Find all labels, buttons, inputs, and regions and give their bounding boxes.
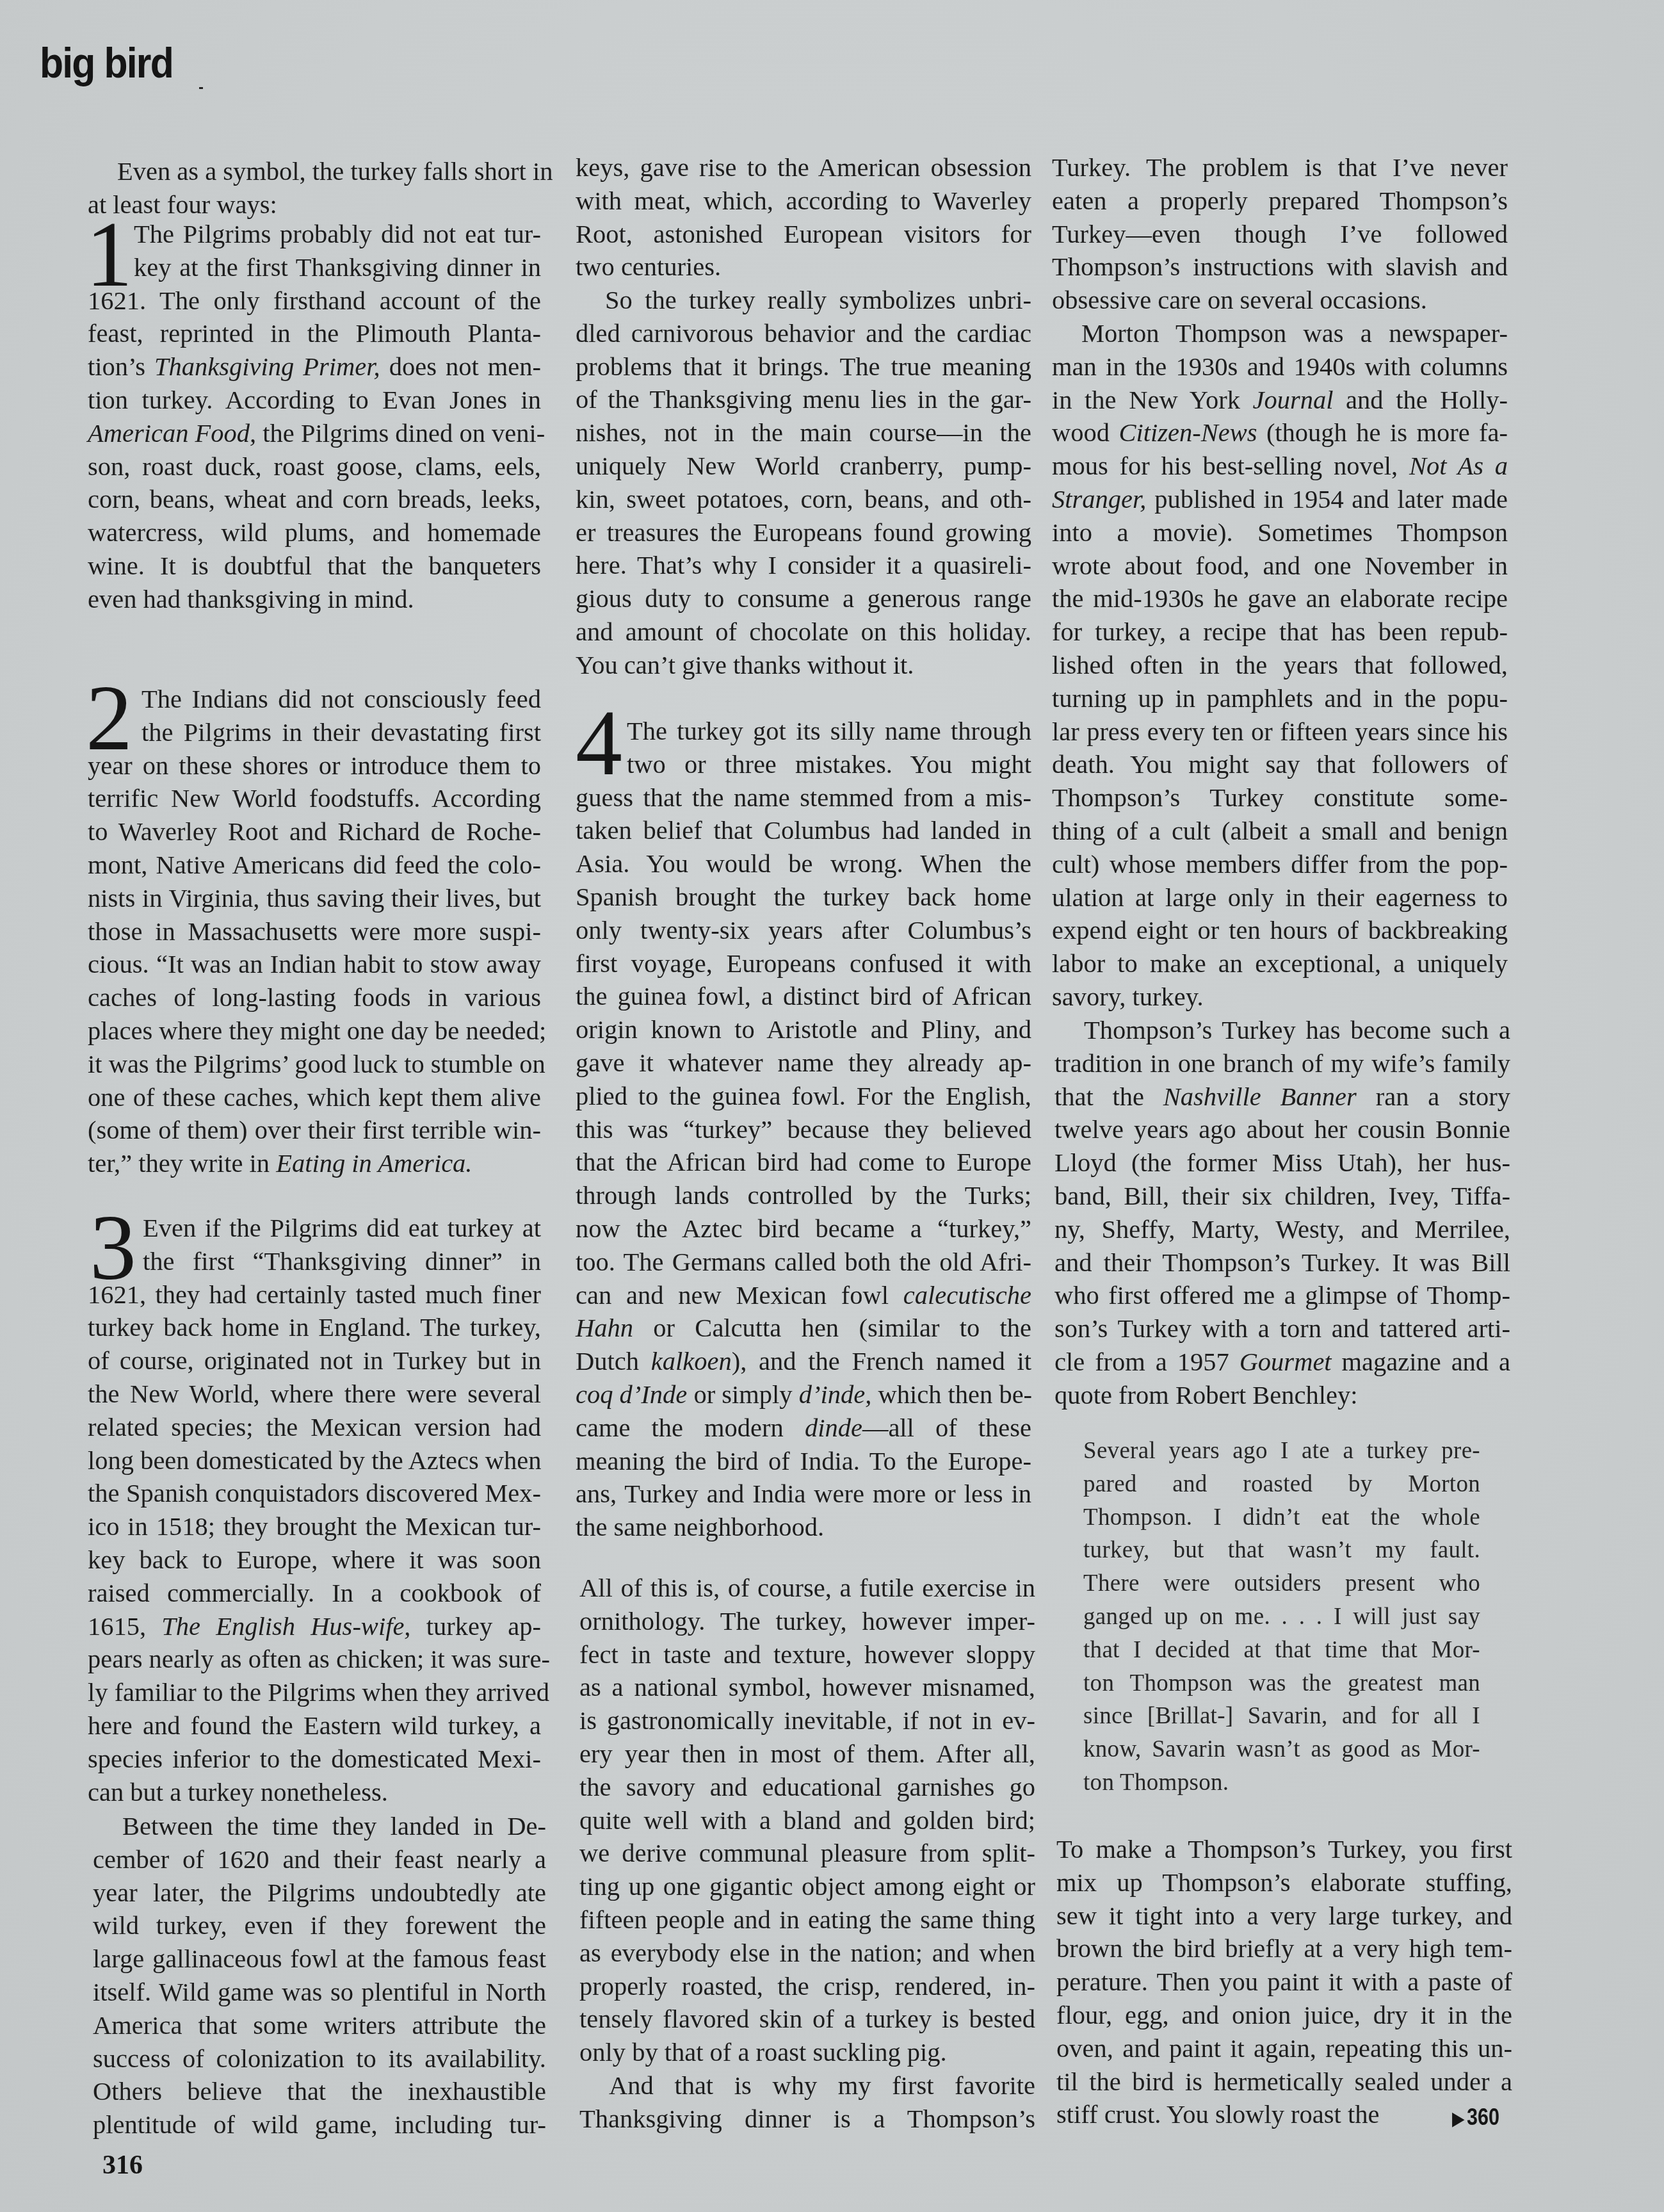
text-line: ico in 1518; they brought the Mexican tu… — [88, 1510, 541, 1543]
text-line: cember of 1620 and their feast nearly a — [93, 1843, 546, 1876]
between-paragraph: Between the time they landed in De-cembe… — [93, 1810, 546, 2142]
text-line: savory, turkey. — [1052, 980, 1508, 1014]
text-line: here. That’s why I consider it a quasire… — [576, 549, 1031, 582]
text-line: Spanish brought the turkey back home — [576, 881, 1031, 914]
text-line: the same neighborhood. — [576, 1511, 1031, 1544]
favorite-paragraph: And that is why my first favoriteThanksg… — [579, 2069, 1035, 2136]
text-line: There were outsiders present who — [1083, 1567, 1480, 1600]
continued-on-page[interactable]: ▶360 — [1452, 2101, 1499, 2136]
text-line: the savory and educational garnishes go — [579, 1771, 1035, 1804]
text-line: Even as a symbol, the turkey falls short… — [88, 155, 541, 188]
text-line: flour, egg, and onion juice, dry it in t… — [1056, 1999, 1512, 2032]
text-line: ton Thompson. — [1083, 1766, 1480, 1800]
text-line: of course, originated not in Turkey but … — [88, 1344, 541, 1378]
text-line: properly roasted, the crisp, rendered, i… — [579, 1970, 1035, 2003]
text-line: is gastronomically inevitable, if not in… — [579, 1704, 1035, 1737]
text-line: since [Brillat-] Savarin, and for all I — [1083, 1700, 1480, 1733]
text-line: wild turkey, even if they forewent the — [93, 1909, 546, 1942]
text-line: feast, reprinted in the Plimouth Planta- — [88, 317, 541, 350]
text-line: year on these shores or introduce them t… — [88, 749, 541, 783]
text-line: through lands controlled by the Turks; — [576, 1179, 1031, 1212]
text-line: American Food, the Pilgrims dined on ven… — [88, 417, 541, 450]
text-line: species inferior to the domesticated Mex… — [88, 1743, 541, 1776]
text-line: keys, gave rise to the American obsessio… — [576, 151, 1031, 184]
futile-paragraph: All of this is, of course, a futile exer… — [579, 1572, 1035, 2069]
continued-page-number: 360 — [1467, 2104, 1499, 2130]
text-line: the guinea fowl, a distinct bird of Afri… — [576, 980, 1031, 1013]
text-line: long been domesticated by the Aztecs whe… — [88, 1444, 541, 1477]
text-line: ly familiar to the Pilgrims when they ar… — [88, 1676, 541, 1709]
text-line: year later, the Pilgrims undoubtedly ate — [93, 1876, 546, 1910]
text-line: Even if the Pilgrims did eat turkey at — [88, 1212, 541, 1245]
text-line: plentitude of wild game, including tur- — [93, 2108, 546, 2142]
tradition-paragraph: Thompson’s Turkey has become such atradi… — [1054, 1014, 1510, 1412]
text-line: key back to Europe, where it was soon — [88, 1543, 541, 1577]
text-line: only by that of a roast suckling pig. — [579, 2036, 1035, 2069]
text-line: cult) whose members differ from the pop- — [1052, 848, 1508, 881]
text-line: (some of them) over their first terrible… — [88, 1114, 541, 1147]
text-line: wood Citizen-News (though he is more fa- — [1052, 416, 1508, 450]
text-line: So the turkey really symbolizes unbri- — [576, 284, 1031, 317]
text-line: Turkey. The problem is that I’ve never — [1052, 151, 1508, 184]
page-number: 316 — [102, 2149, 143, 2181]
text-line: ornithology. The turkey, however imper- — [579, 1605, 1035, 1638]
text-line: corn, beans, wheat and corn breads, leek… — [88, 483, 541, 516]
text-line: perature. Then you paint it with a paste… — [1056, 1965, 1512, 1999]
text-line: You can’t give thanks without it. — [576, 649, 1031, 682]
text-line: lar press every ten or fifteen years sin… — [1052, 715, 1508, 749]
text-line: til the bird is hermetically sealed unde… — [1056, 2065, 1512, 2099]
text-line: coq d’Inde or simply d’inde, which then … — [576, 1378, 1031, 1411]
text-line: meaning the bird of India. To the Europe… — [576, 1445, 1031, 1478]
text-line: mix up Thompson’s elaborate stuffing, — [1056, 1866, 1512, 1899]
text-line: this was “turkey” because they believed — [576, 1113, 1031, 1146]
text-line: now the Aztec bird became a “turkey,” — [576, 1212, 1031, 1246]
text-line: The turkey got its silly name through — [576, 715, 1031, 748]
text-line: band, Bill, their six children, Ivey, Ti… — [1054, 1180, 1510, 1213]
text-line: nists in Virginia, thus saving their liv… — [88, 882, 541, 915]
text-line: Thompson’s Turkey has become such a — [1054, 1014, 1510, 1047]
text-line: Between the time they landed in De- — [93, 1810, 546, 1843]
text-line: Dutch kalkoen), and the French named it — [576, 1345, 1031, 1378]
text-line: we derive communal pleasure from split- — [579, 1837, 1035, 1870]
text-line: plied to the guinea fowl. For the Englis… — [576, 1080, 1031, 1113]
text-line: gious duty to consume a generous range — [576, 582, 1031, 615]
text-line: dled carnivorous behavior and the cardia… — [576, 317, 1031, 350]
text-line: too. The Germans called both the old Afr… — [576, 1246, 1031, 1279]
text-line: The Indians did not consciously feed — [88, 683, 541, 716]
text-line: guess that the name stemmed from a mis- — [576, 781, 1031, 815]
text-line: cious. “It was an Indian habit to stow a… — [88, 948, 541, 981]
text-line: to Waverley Root and Richard de Roche- — [88, 815, 541, 849]
text-line: death. You might say that followers of — [1052, 748, 1508, 781]
text-line: of the Thanksgiving menu lies in the gar… — [576, 383, 1031, 416]
text-line: cle from a 1957 Gourmet magazine and a — [1054, 1346, 1510, 1379]
text-line: caches of long-lasting foods in various — [88, 981, 541, 1014]
text-line: America that some writers attribute the — [93, 2009, 546, 2042]
text-line: the mid-1930s he gave an elaborate recip… — [1052, 582, 1508, 615]
text-line: Stranger, published in 1954 and later ma… — [1052, 483, 1508, 516]
text-line: ulation at large only in their eagerness… — [1052, 881, 1508, 915]
text-line: Thompson. I didn’t eat the whole — [1083, 1501, 1480, 1534]
text-line: sew it tight into a very large turkey, a… — [1056, 1899, 1512, 1933]
text-line: 1621, they had certainly tasted much fin… — [88, 1278, 541, 1312]
text-line: labor to make an exceptional, a uniquely — [1052, 947, 1508, 980]
text-line: turkey back home in England. The turkey, — [88, 1311, 541, 1344]
point-2-paragraph: The Indians did not consciously feedthe … — [88, 683, 541, 1180]
text-line: large gallinaceous fowl at the famous fe… — [93, 1942, 546, 1976]
text-line: expend eight or ten hours of backbreakin… — [1052, 914, 1508, 947]
text-line: and amount of chocolate on this holiday. — [576, 615, 1031, 649]
text-line: itself. Wild game was so plentiful in No… — [93, 1976, 546, 2009]
point-3-paragraph: Even if the Pilgrims did eat turkey atth… — [88, 1212, 541, 1809]
text-line: nishes, not in the main course—in the — [576, 416, 1031, 450]
text-line: Lloyd (the former Miss Utah), her hus- — [1054, 1146, 1510, 1180]
text-line: at least four ways: — [88, 188, 541, 222]
text-line: 1615, The English Hus-wife, turkey ap- — [88, 1610, 541, 1643]
text-line: Several years ago I ate a turkey pre- — [1083, 1435, 1480, 1468]
text-line: ans, Turkey and India were more or less … — [576, 1477, 1031, 1511]
text-line: Hahn or Calcutta hen (similar to the — [576, 1312, 1031, 1345]
text-line: tradition in one branch of my wife’s fam… — [1054, 1047, 1510, 1080]
text-line: son, roast duck, roast goose, clams, eel… — [88, 450, 541, 484]
point-4-paragraph: The turkey got its silly name throughtwo… — [576, 715, 1031, 1544]
text-line: lished often in the years that followed, — [1052, 649, 1508, 682]
text-line: only twenty-six years after Columbus’s — [576, 914, 1031, 947]
text-line: those in Massachusetts were more suspi- — [88, 915, 541, 948]
intro-paragraph: Even as a symbol, the turkey falls short… — [88, 155, 541, 222]
text-line: can but a turkey nonetheless. — [88, 1776, 541, 1809]
text-line: twelve years ago about her cousin Bonnie — [1054, 1113, 1510, 1146]
text-line: tensely flavored skin of a turkey is bes… — [579, 2003, 1035, 2036]
text-line: All of this is, of course, a futile exer… — [579, 1572, 1035, 1605]
problem-paragraph: Turkey. The problem is that I’ve neverea… — [1052, 151, 1508, 317]
text-line: brown the bird briefly at a very high te… — [1056, 1932, 1512, 1965]
text-line: Morton Thompson was a newspaper- — [1052, 317, 1508, 350]
benchley-quote: Several years ago I ate a turkey pre-par… — [1083, 1435, 1480, 1800]
section-title: big bird — [40, 37, 173, 88]
text-line: fifteen people and in eating the same th… — [579, 1903, 1035, 1937]
text-line: first voyage, Europeans confused it with — [576, 947, 1031, 980]
text-line: fect in taste and texture, however slopp… — [579, 1638, 1035, 1671]
text-line: with meat, which, according to Waverley — [576, 184, 1031, 218]
symbolizes-paragraph: So the turkey really symbolizes unbri-dl… — [576, 284, 1031, 682]
text-line: can and new Mexican fowl calecutische — [576, 1279, 1031, 1312]
morton-paragraph: Morton Thompson was a newspaper-man in t… — [1052, 317, 1508, 1014]
text-line: stiff crust. You slowly roast the — [1056, 2098, 1512, 2131]
point-1-paragraph: The Pilgrims probably did not eat tur-ke… — [88, 218, 541, 616]
text-line: here and found the Eastern wild turkey, … — [88, 1709, 541, 1743]
text-line: ting up one gigantic object among eight … — [579, 1870, 1035, 1903]
text-line: And that is why my first favorite — [579, 2069, 1035, 2102]
text-line: gave it whatever name they already ap- — [576, 1046, 1031, 1080]
text-line: eaten a properly prepared Thompson’s — [1052, 184, 1508, 218]
text-line: one of these caches, which kept them ali… — [88, 1081, 541, 1114]
text-line: thing of a cult (albeit a small and beni… — [1052, 815, 1508, 848]
text-line: son’s Turkey with a torn and tattered ar… — [1054, 1312, 1510, 1346]
text-line: tion turkey. According to Evan Jones in — [88, 384, 541, 417]
text-line: To make a Thompson’s Turkey, you first — [1056, 1833, 1512, 1866]
text-line: into a movie). Sometimes Thompson — [1052, 516, 1508, 549]
text-line: ter,” they write in Eating in America. — [88, 1147, 541, 1180]
text-line: Thompson’s Turkey constitute some- — [1052, 781, 1508, 815]
text-line: success of colonization to its availabil… — [93, 2042, 546, 2076]
text-line: it was the Pilgrims’ good luck to stumbl… — [88, 1048, 541, 1081]
text-line: that the African bird had come to Europe — [576, 1146, 1031, 1179]
text-line: wrote about food, and one November in — [1052, 549, 1508, 583]
text-line: problems that it brings. The true meanin… — [576, 350, 1031, 384]
text-line: wine. It is doubtful that the banqueters — [88, 549, 541, 583]
text-line: quote from Robert Benchley: — [1054, 1379, 1510, 1412]
text-line: who first offered me a glimpse of Thomp- — [1054, 1279, 1510, 1312]
text-line: key at the first Thanksgiving dinner in — [88, 251, 541, 284]
text-line: The Pilgrims probably did not eat tur- — [88, 218, 541, 251]
text-line: kin, sweet potatoes, corn, beans, and ot… — [576, 483, 1031, 516]
text-line: that the Nashville Banner ran a story — [1054, 1080, 1510, 1114]
text-line: mont, Native Americans did feed the colo… — [88, 849, 541, 882]
text-line: related species; the Mexican version had — [88, 1411, 541, 1444]
text-line: for turkey, a recipe that has been repub… — [1052, 615, 1508, 649]
text-line: terrific New World foodstuffs. According — [88, 782, 541, 815]
text-line: ny, Sheffy, Marty, Westy, and Merrilee, — [1054, 1213, 1510, 1246]
text-line: Thanksgiving dinner is a Thompson’s — [579, 2102, 1035, 2136]
text-line: even had thanksgiving in mind. — [88, 583, 541, 616]
text-line: tion’s Thanksgiving Primer, does not men… — [88, 350, 541, 384]
text-line: mous for his best-selling novel, Not As … — [1052, 450, 1508, 483]
text-line: the New World, where there were several — [88, 1378, 541, 1411]
text-line: obsessive care on several occasions. — [1052, 284, 1508, 317]
text-line: in the New York Journal and the Holly- — [1052, 384, 1508, 417]
text-line: man in the 1930s and 1940s with columns — [1052, 350, 1508, 384]
text-line: uniquely New World cranberry, pump- — [576, 450, 1031, 483]
text-line: came the modern dinde—all of these — [576, 1411, 1031, 1445]
text-line: origin known to Aristotle and Pliny, and — [576, 1013, 1031, 1046]
text-line: turkey, but that wasn’t my fault. — [1083, 1534, 1480, 1567]
text-line: ton Thompson was the greatest man — [1083, 1667, 1480, 1700]
text-line: er treasures the Europeans found growing — [576, 516, 1031, 549]
keys-paragraph: keys, gave rise to the American obsessio… — [576, 151, 1031, 284]
text-line: ery year then in most of them. After all… — [579, 1737, 1035, 1771]
text-line: pared and roasted by Morton — [1083, 1468, 1480, 1501]
text-line: know, Savarin wasn’t as good as Mor- — [1083, 1733, 1480, 1766]
text-line: watercress, wild plums, and homemade — [88, 516, 541, 549]
text-line: taken belief that Columbus had landed in — [576, 814, 1031, 847]
text-line: two centuries. — [576, 250, 1031, 284]
text-line: as a national symbol, however misnamed, — [579, 1671, 1035, 1704]
text-line: the Pilgrims in their devastating first — [88, 716, 541, 749]
decorative-mark — [199, 87, 203, 89]
text-line: ganged up on me. . . . I will just say — [1083, 1600, 1480, 1634]
text-line: Root, astonished European visitors for — [576, 218, 1031, 251]
recipe-paragraph: To make a Thompson’s Turkey, you firstmi… — [1056, 1833, 1512, 2131]
text-line: Thompson’s instructions with slavish and — [1052, 250, 1508, 284]
text-line: two or three mistakes. You might — [576, 748, 1031, 781]
text-line: places where they might one day be neede… — [88, 1014, 541, 1048]
text-line: that I decided at that time that Mor- — [1083, 1634, 1480, 1667]
text-line: the Spanish conquistadors discovered Mex… — [88, 1477, 541, 1510]
text-line: oven, and paint it again, repeating this… — [1056, 2032, 1512, 2065]
text-line: 1621. The only firsthand account of the — [88, 284, 541, 318]
text-line: Asia. You would be wrong. When the — [576, 847, 1031, 881]
text-line: Others believe that the inexhaustible — [93, 2075, 546, 2108]
text-line: raised commercially. In a cookbook of — [88, 1577, 541, 1610]
text-line: quite well with a bland and golden bird; — [579, 1804, 1035, 1837]
text-line: and their Thompson’s Turkey. It was Bill — [1054, 1246, 1510, 1280]
text-line: Turkey—even though I’ve followed — [1052, 218, 1508, 251]
text-line: turning up in pamphlets and in the popu- — [1052, 682, 1508, 715]
text-line: the first “Thanksgiving dinner” in — [88, 1245, 541, 1278]
text-line: pears nearly as often as chicken; it was… — [88, 1643, 541, 1676]
continue-arrow-icon: ▶ — [1452, 2108, 1465, 2129]
text-line: as everybody else in the nation; and whe… — [579, 1937, 1035, 1970]
